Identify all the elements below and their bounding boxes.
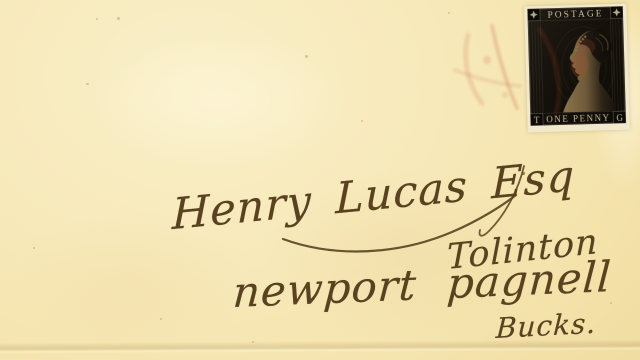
foxing-speck <box>86 83 89 85</box>
check-letter-right: G <box>616 113 623 123</box>
foxing-speck <box>610 302 612 304</box>
penny-black-stamp: POSTAGE ONE PENNY T G <box>524 4 629 133</box>
address-line-3: newport pagnell <box>231 252 613 317</box>
paper-crease <box>0 339 640 353</box>
foxing-speck <box>96 18 98 20</box>
postage-label: POSTAGE <box>547 9 603 21</box>
foxing-speck <box>117 17 120 20</box>
foxing-speck <box>305 55 308 58</box>
foxing-speck <box>33 247 35 249</box>
paper-mottle <box>90 30 350 170</box>
address-line-1: Henry Lucas Esq <box>172 151 575 240</box>
one-penny-label: ONE PENNY <box>546 113 611 125</box>
envelope-photo: Henry Lucas Esq Tolinton newport pagnell… <box>0 0 640 360</box>
penny-black-art: POSTAGE ONE PENNY T G <box>524 4 629 133</box>
foxing-speck <box>448 12 450 14</box>
check-letter-left: T <box>534 115 540 125</box>
foxing-speck <box>361 120 363 122</box>
foxing-speck <box>160 318 162 320</box>
